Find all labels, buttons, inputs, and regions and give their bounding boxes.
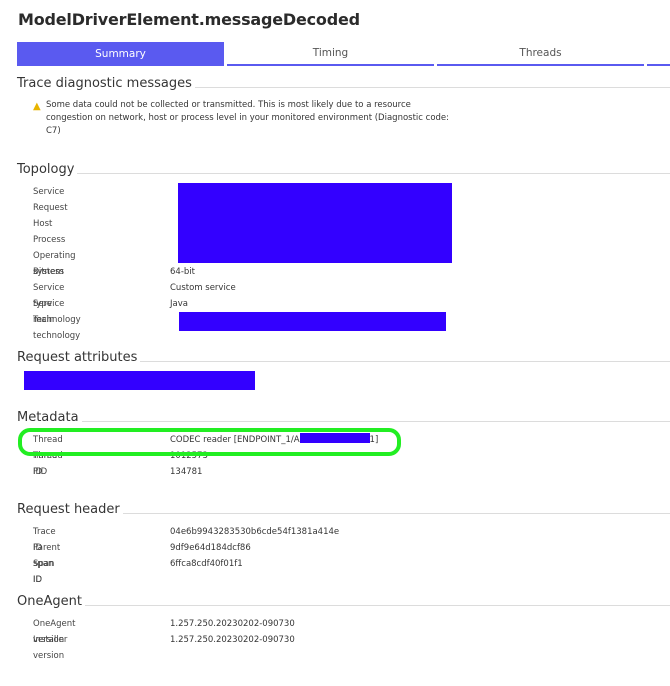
section-request-attributes: Request attributes (17, 347, 670, 365)
divider (140, 361, 670, 362)
redacted-block (24, 371, 255, 390)
redacted-block (178, 183, 452, 263)
tab-bar: Summary Timing Threads (17, 42, 670, 66)
section-diagnostics: Trace diagnostic messages ▲ Some data co… (17, 73, 670, 91)
redacted-block (300, 433, 370, 443)
divider (85, 605, 670, 606)
section-title: Request header (17, 502, 120, 517)
tab-more[interactable] (647, 42, 670, 66)
tab-threads[interactable]: Threads (437, 42, 644, 66)
divider (195, 87, 670, 88)
section-title: Metadata (17, 410, 79, 425)
divider (82, 421, 670, 422)
divider (77, 173, 670, 174)
section-request-header: Request header (17, 499, 670, 517)
divider (123, 513, 670, 514)
section-title: Topology (17, 162, 74, 177)
tab-summary[interactable]: Summary (17, 42, 224, 66)
redacted-block (179, 312, 446, 331)
section-oneagent: OneAgent (17, 591, 670, 609)
section-topology: Topology (17, 159, 670, 177)
section-title: Request attributes (17, 350, 137, 365)
warning-icon: ▲ (33, 100, 41, 113)
tab-timing[interactable]: Timing (227, 42, 434, 66)
diagnostic-message: ▲ Some data could not be collected or tr… (33, 99, 453, 138)
page-title: ModelDriverElement.messageDecoded (18, 10, 360, 29)
section-title: OneAgent (17, 594, 82, 609)
section-metadata: Metadata (17, 407, 670, 425)
section-title: Trace diagnostic messages (17, 76, 192, 91)
